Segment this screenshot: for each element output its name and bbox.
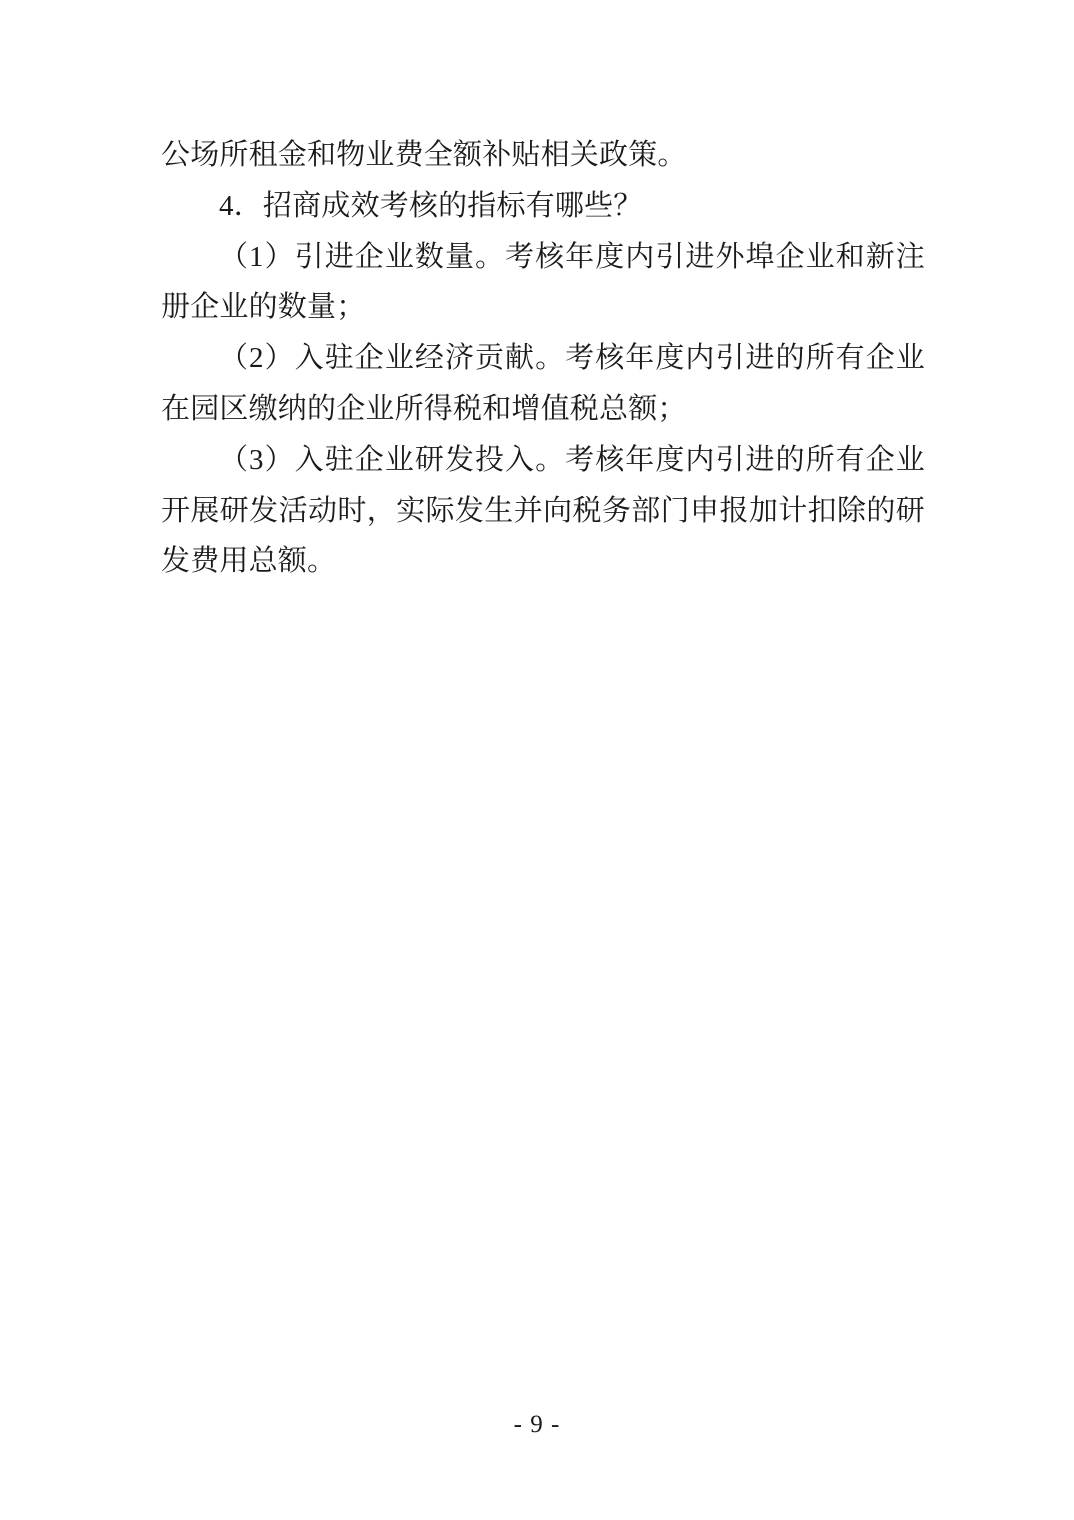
body-line: （3）入驻企业研发投入。考核年度内引进的所有企业 [161, 435, 925, 486]
body-line: （1）引进企业数量。考核年度内引进外埠企业和新注 [161, 232, 925, 283]
body-line: 公场所租金和物业费全额补贴相关政策。 [161, 130, 925, 181]
page-number: - 9 - [0, 1408, 1074, 1442]
body-line: （2）入驻企业经济贡献。考核年度内引进的所有企业 [161, 333, 925, 384]
body-line: 开展研发活动时，实际发生并向税务部门申报加计扣除的研 [161, 486, 925, 537]
body-line: 册企业的数量； [161, 282, 925, 333]
body-line: 发费用总额。 [161, 536, 925, 587]
question-heading: 4．招商成效考核的指标有哪些？ [161, 181, 925, 232]
document-body: 公场所租金和物业费全额补贴相关政策。 4．招商成效考核的指标有哪些？ （1）引进… [161, 130, 925, 587]
document-page: 公场所租金和物业费全额补贴相关政策。 4．招商成效考核的指标有哪些？ （1）引进… [0, 0, 1074, 1520]
body-line: 在园区缴纳的企业所得税和增值税总额； [161, 384, 925, 435]
